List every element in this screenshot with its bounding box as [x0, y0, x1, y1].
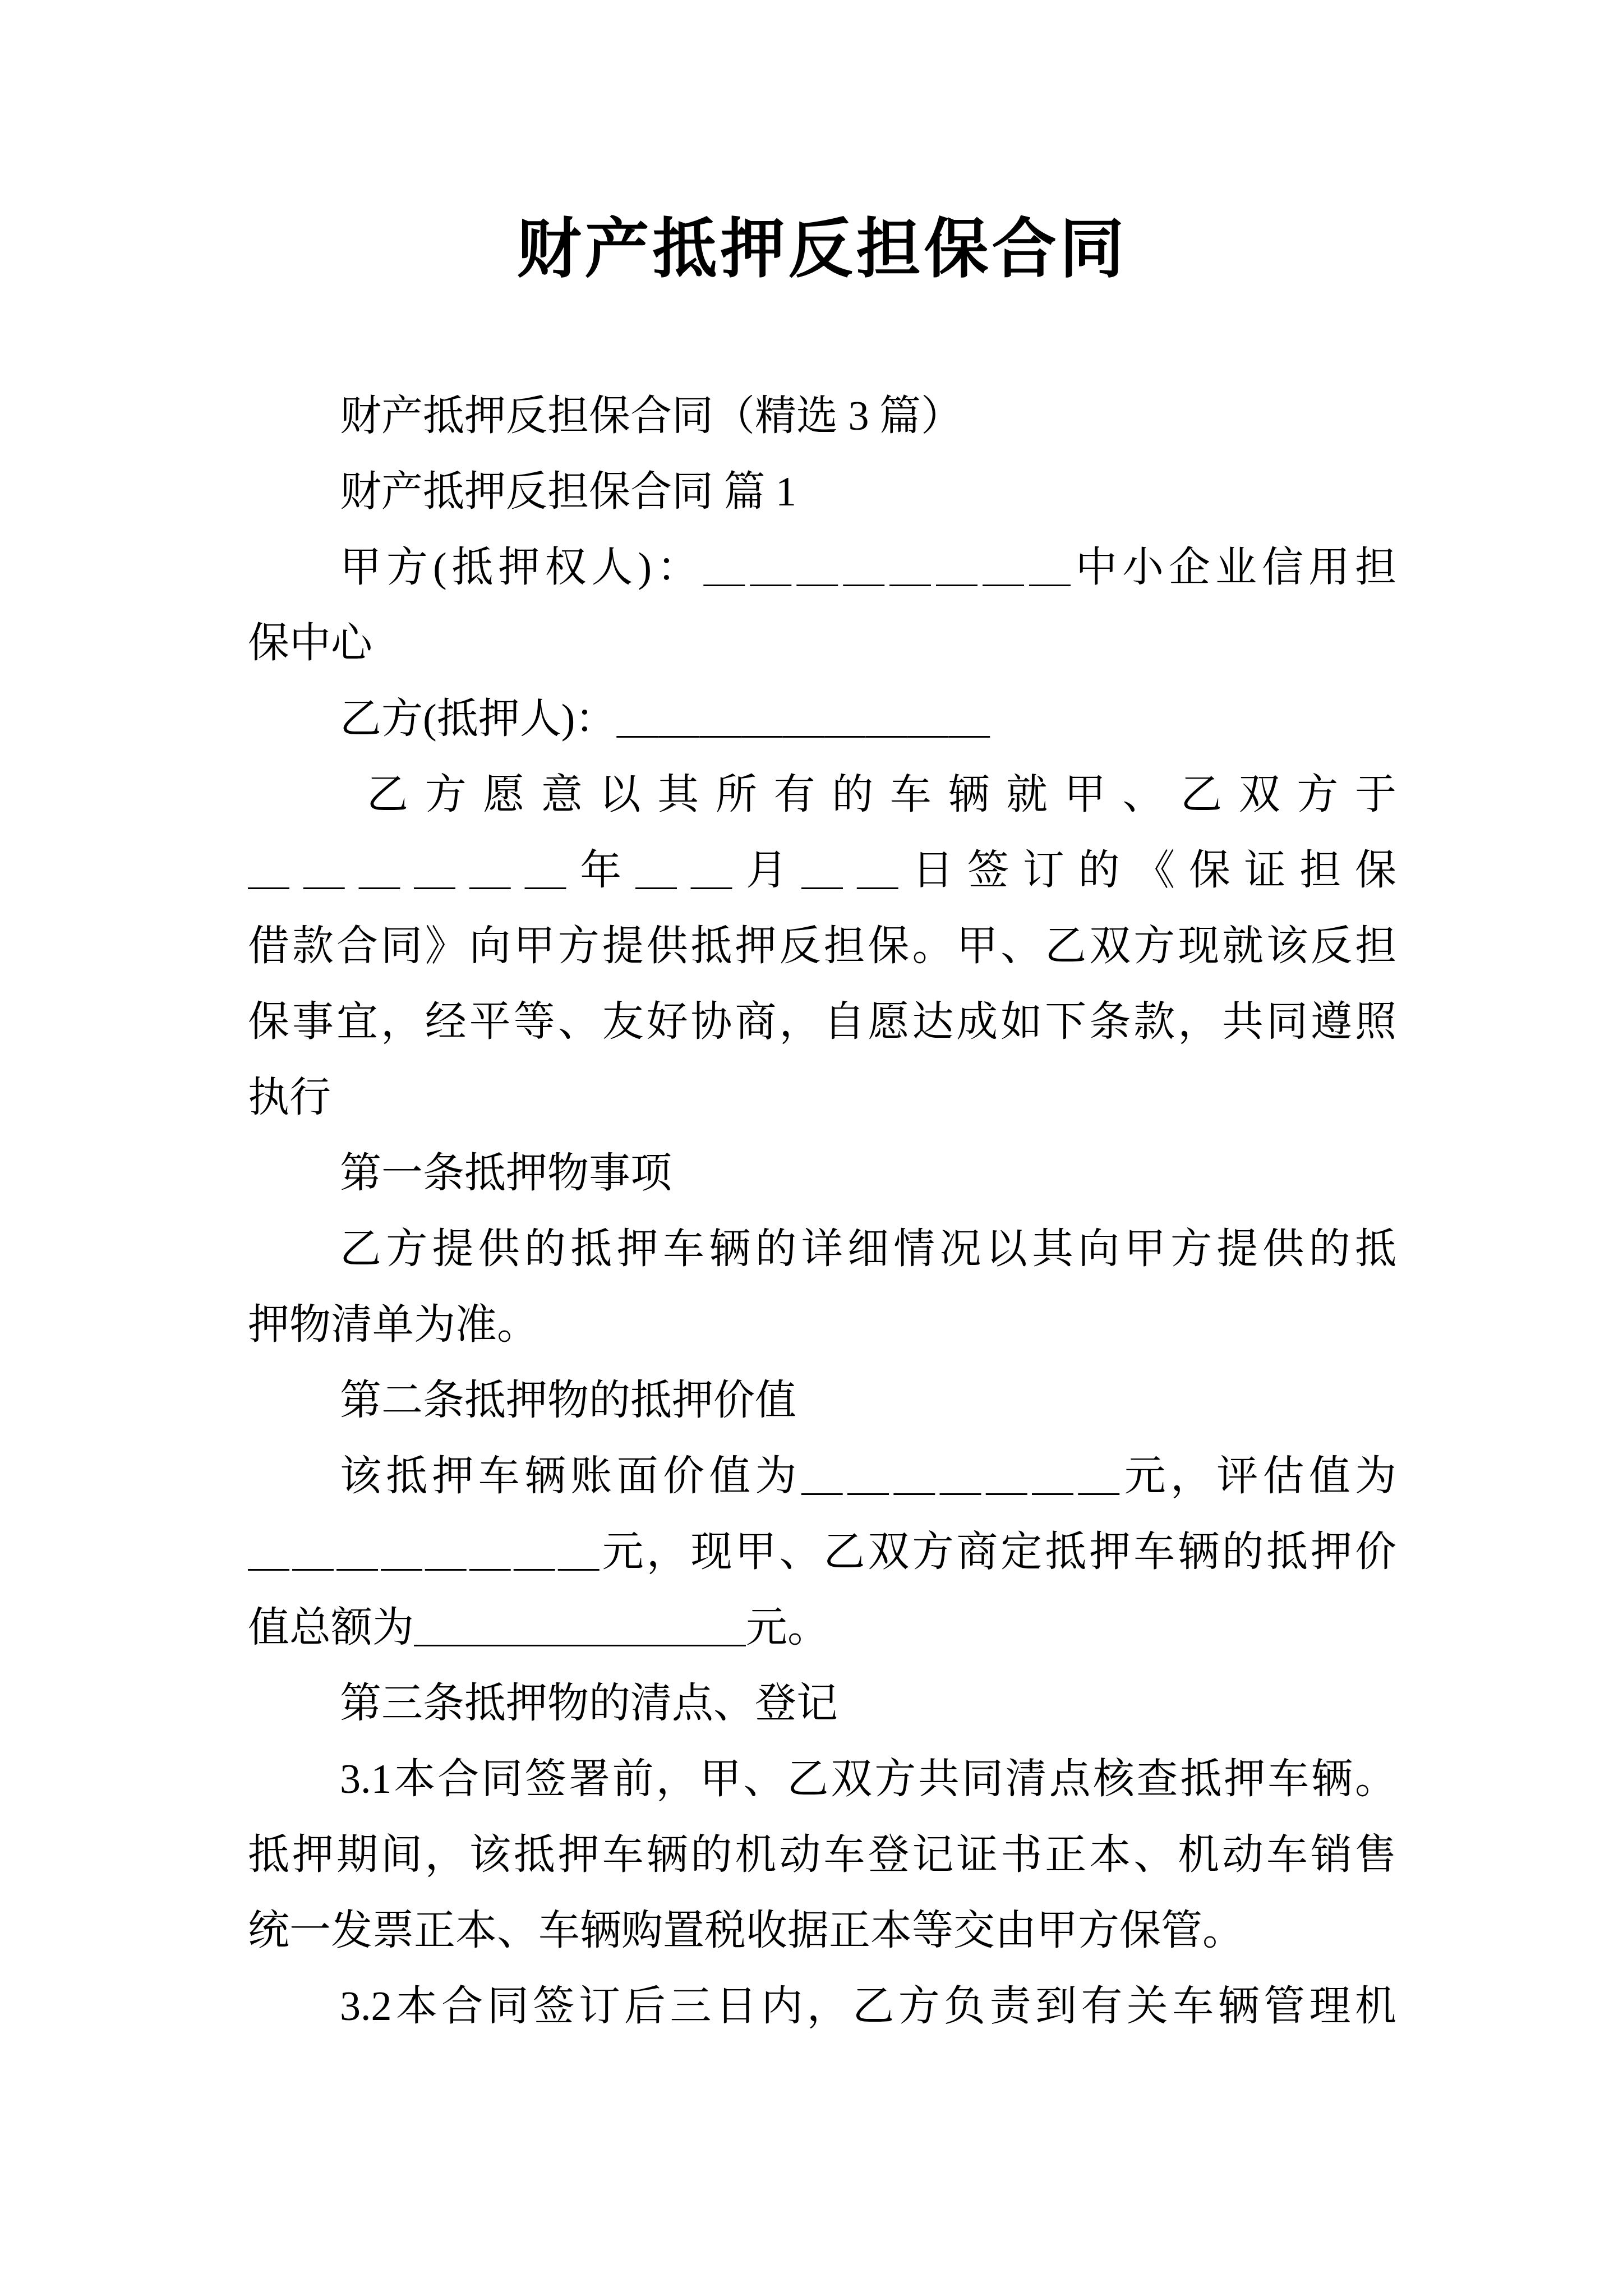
text-line-party-a-cont: 保中心 [248, 606, 1396, 682]
text-line-article-2-heading: 第二条抵押物的抵押价值 [248, 1363, 1396, 1439]
text-line-preamble-2: ＿＿＿＿＿＿年＿＿月＿＿日签订的《保证担保 [248, 833, 1396, 909]
text-line-clause-3-1-line-3: 统一发票正本、车辆购置税收据正本等交由甲方保管。 [248, 1893, 1396, 1969]
document-title: 财产抵押反担保合同 [248, 199, 1396, 300]
document-content: 财产抵押反担保合同 财产抵押反担保合同（精选 3 篇） 财产抵押反担保合同 篇 … [248, 0, 1396, 2045]
text-line-clause-3-1-line-1: 3.1本合同签署前，甲、乙双方共同清点核查抵押车辆。 [248, 1742, 1396, 1818]
text-line-party-a: 甲方(抵押权人)：＿＿＿＿＿＿＿＿中小企业信用担 [248, 530, 1396, 606]
text-line-article-3-heading: 第三条抵押物的清点、登记 [248, 1666, 1396, 1742]
text-line-preamble-1: 乙方愿意以其所有的车辆就甲、乙双方于 [248, 757, 1396, 833]
text-line-preamble-5: 执行 [248, 1060, 1396, 1136]
text-line-clause-3-1-line-2: 抵押期间，该抵押车辆的机动车登记证书正本、机动车销售 [248, 1818, 1396, 1893]
text-line-preamble-3: 借款合同》向甲方提供抵押反担保。甲、乙双方现就该反担 [248, 909, 1396, 984]
text-line-article-2-body-3: 值总额为＿＿＿＿＿＿＿＿元。 [248, 1590, 1396, 1666]
text-line-article-1-body-1: 乙方提供的抵押车辆的详细情况以其向甲方提供的抵 [248, 1212, 1396, 1287]
document-page: 财产抵押反担保合同 财产抵押反担保合同（精选 3 篇） 财产抵押反担保合同 篇 … [0, 0, 1623, 2296]
text-line-article-2-body-2: ＿＿＿＿＿＿＿＿元，现甲、乙双方商定抵押车辆的抵押价 [248, 1515, 1396, 1590]
text-line-part-heading: 财产抵押反担保合同 篇 1 [248, 454, 1396, 530]
text-line-article-1-body-2: 押物清单为准。 [248, 1287, 1396, 1363]
text-line-clause-3-2-line-1: 3.2本合同签订后三日内，乙方负责到有关车辆管理机 [248, 1969, 1396, 2045]
text-line-preamble-4: 保事宜，经平等、友好协商，自愿达成如下条款，共同遵照 [248, 984, 1396, 1060]
text-line-article-1-heading: 第一条抵押物事项 [248, 1136, 1396, 1212]
text-line-article-2-body-1: 该抵押车辆账面价值为＿＿＿＿＿＿＿元，评估值为 [248, 1439, 1396, 1515]
text-line-selection-heading: 财产抵押反担保合同（精选 3 篇） [248, 379, 1396, 454]
text-line-party-b: 乙方(抵押人)：＿＿＿＿＿＿＿＿＿ [248, 682, 1396, 757]
